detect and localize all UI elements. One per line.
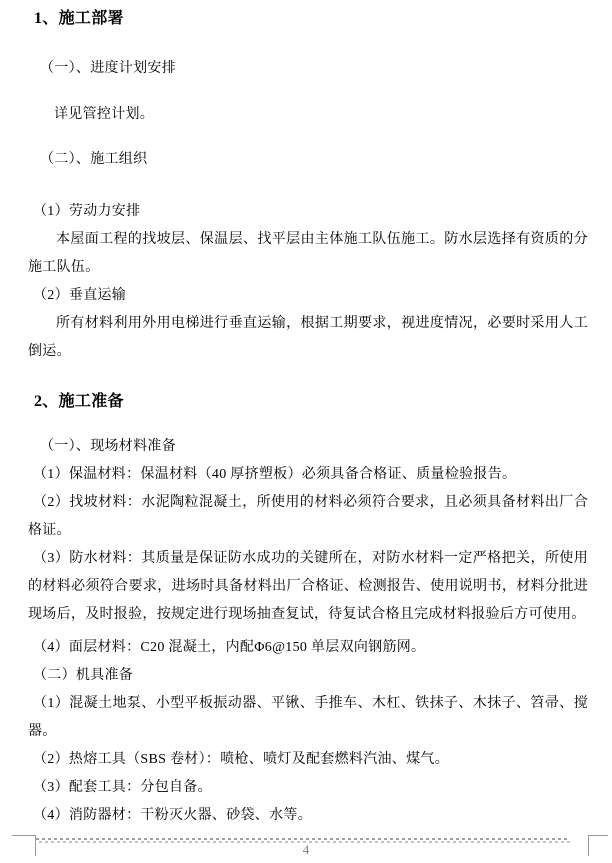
labor-heading: （1）劳动力安排 xyxy=(28,198,588,226)
vertical-transport-heading: （2）垂直运输 xyxy=(28,282,588,310)
material-item1: （1）保温材料：保温材料（40 厚挤塑板）必须具备合格证、质量检验报告。 xyxy=(28,461,588,489)
vertical-transport-line2: 倒运。 xyxy=(28,338,588,366)
labor-text-line2: 施工队伍。 xyxy=(28,254,588,282)
section1-sub2-heading: （二）、施工组织 xyxy=(28,146,588,174)
section1-heading: 1、施工部署 xyxy=(28,5,588,33)
tool-item2: （2）热熔工具（SBS 卷材）：喷枪、喷灯及配套燃料汽油、煤气。 xyxy=(28,746,588,774)
section2-sub2-heading: （二）机具准备 xyxy=(28,662,588,690)
section1-sub1-heading: （一）、进度计划安排 xyxy=(28,55,588,83)
material-item3-line2: 的材料必须符合要求，进场时具备材料出厂合格证、检测报告、使用说明书，材料分批进入 xyxy=(28,573,588,601)
tool-item1-line1: （1）混凝土地泵、小型平板振动器、平锹、手推车、木杠、铁抹子、木抹子、笤帚、搅拌 xyxy=(28,690,588,718)
schedule-note: 详见管控计划。 xyxy=(28,101,588,129)
tool-item1-line2: 器。 xyxy=(28,718,588,746)
material-item2-line1: （2）找坡材料：水泥陶粒混凝土，所使用的材料必须符合要求，且必须具备材料出厂合 xyxy=(28,489,588,517)
document-page: 1、施工部署（一）、进度计划安排详见管控计划。（二）、施工组织（1）劳动力安排本… xyxy=(0,0,612,863)
section2-heading: 2、施工准备 xyxy=(28,388,588,416)
material-item3-line1: （3）防水材料：其质量是保证防水成功的关键所在，对防水材料一定严格把关，所使用 xyxy=(28,545,588,573)
vertical-transport-line1: 所有材料利用外用电梯进行垂直运输，根据工期要求，视进度情况，必要时采用人工 xyxy=(28,310,588,338)
material-item3-line3: 现场后，及时报验，按规定进行现场抽查复试，待复试合格且完成材料报验后方可使用。 xyxy=(28,601,588,629)
footer-page-number: 4 xyxy=(0,842,612,858)
material-item2-line2: 格证。 xyxy=(28,517,588,545)
document-body: 1、施工部署（一）、进度计划安排详见管控计划。（二）、施工组织（1）劳动力安排本… xyxy=(0,0,612,830)
tool-item3: （3）配套工具：分包自备。 xyxy=(28,774,588,802)
section2-sub1-heading: （一）、现场材料准备 xyxy=(28,433,588,461)
material-item4: （4）面层材料：C20 混凝土，内配Φ6@150 单层双向钢筋网。 xyxy=(28,634,588,662)
labor-text-line1: 本屋面工程的找坡层、保温层、找平层由主体施工队伍施工。防水层选择有资质的分包 xyxy=(28,226,588,254)
tool-item4: （4）消防器材：干粉灭火器、砂袋、水等。 xyxy=(28,802,588,830)
